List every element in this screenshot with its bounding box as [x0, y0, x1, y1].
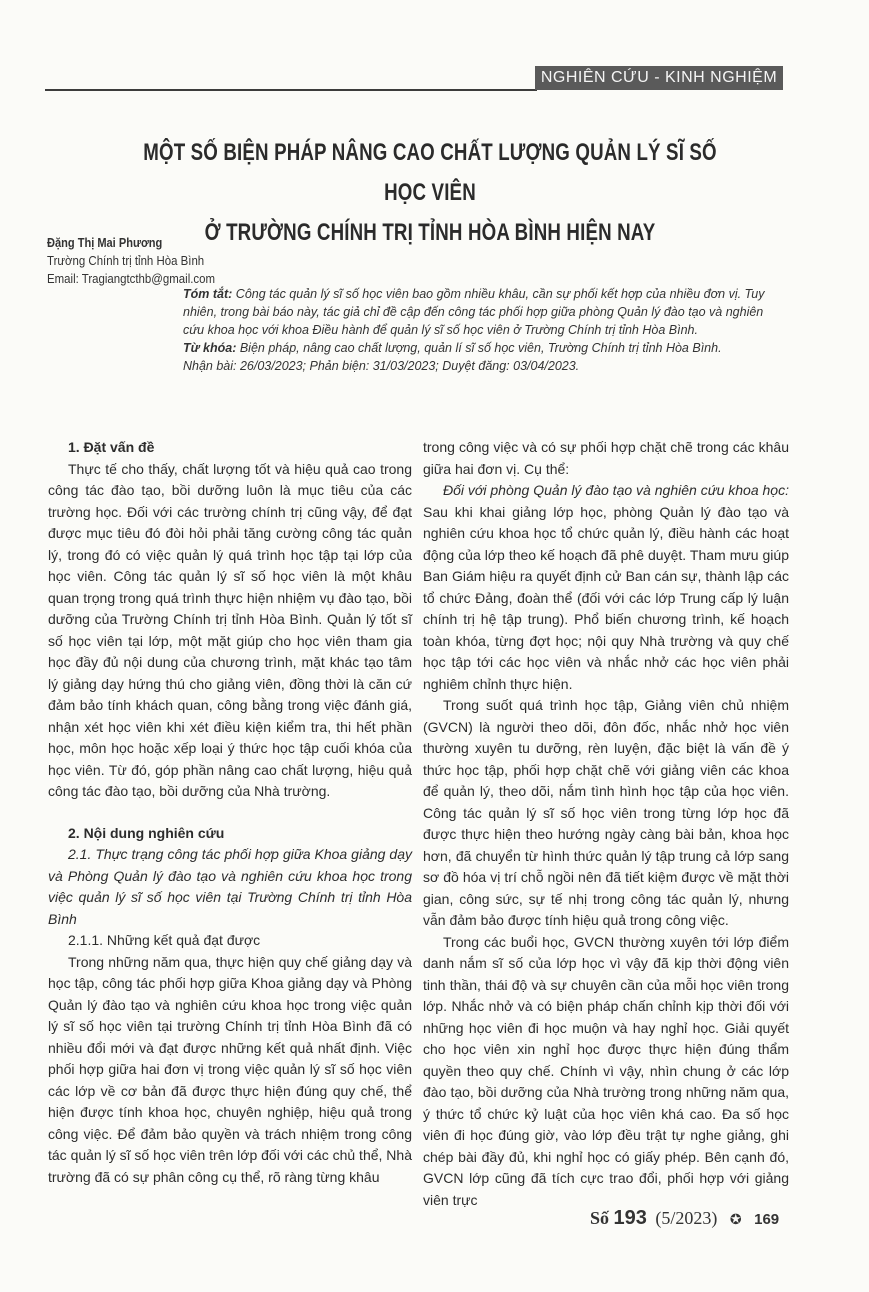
- header-rule: [45, 89, 537, 91]
- abstract-keywords: Từ khóa: Biện pháp, nâng cao chất lượng,…: [183, 339, 783, 357]
- section-2-1-1-paragraph: Trong những năm qua, thực hiện quy chế g…: [48, 952, 412, 1189]
- keywords-label: Từ khóa:: [183, 341, 236, 355]
- office-paragraph: Đối với phòng Quản lý đào tạo và nghiên …: [423, 480, 789, 695]
- issue-date: (5/2023): [655, 1208, 717, 1228]
- title-line-1: MỘT SỐ BIỆN PHÁP NÂNG CAO CHẤT LƯỢNG QUẢ…: [141, 133, 718, 213]
- section-banner: NGHIÊN CỨU - KINH NGHIỆM: [535, 66, 783, 90]
- office-text: Sau khi khai giảng lớp học, phòng Quản l…: [423, 504, 789, 692]
- section-2-1-1-heading: 2.1.1. Những kết quả đạt được: [48, 930, 412, 952]
- issue-prefix: Số: [590, 1208, 614, 1228]
- abstract-summary: Tóm tắt: Công tác quản lý sĩ số học viên…: [183, 285, 783, 339]
- section-1-heading: 1. Đặt vấn đề: [48, 437, 412, 459]
- section-2-1-heading: 2.1. Thực trạng công tác phối hợp giữa K…: [48, 844, 412, 930]
- left-column: 1. Đặt vấn đề Thực tế cho thấy, chất lượ…: [48, 437, 412, 1188]
- abstract-dates: Nhận bài: 26/03/2023; Phản biện: 31/03/2…: [183, 357, 783, 375]
- continued-paragraph: trong công việc và có sự phối hợp chặt c…: [423, 437, 789, 480]
- page-footer: Số 193 (5/2023) ✪ 169: [590, 1207, 779, 1230]
- summary-text: Công tác quản lý sĩ số học viên bao gồm …: [183, 287, 764, 337]
- section-2-heading: 2. Nội dung nghiên cứu: [48, 823, 412, 845]
- section-1-paragraph: Thực tế cho thấy, chất lượng tốt và hiệu…: [48, 459, 412, 803]
- abstract-block: Tóm tắt: Công tác quản lý sĩ số học viên…: [183, 285, 783, 375]
- summary-label: Tóm tắt:: [183, 287, 232, 301]
- keywords-text: Biện pháp, nâng cao chất lượng, quản lí …: [236, 341, 721, 355]
- gvcn-paragraph: Trong suốt quá trình học tập, Giảng viên…: [423, 695, 789, 932]
- separator-star-icon: ✪: [730, 1213, 742, 1228]
- sessions-paragraph: Trong các buổi học, GVCN thường xuyên tớ…: [423, 932, 789, 1212]
- author-block: Đặng Thị Mai Phương Trường Chính trị tỉn…: [47, 234, 238, 288]
- office-label: Đối với phòng Quản lý đào tạo và nghiên …: [443, 482, 789, 498]
- author-name: Đặng Thị Mai Phương: [47, 234, 209, 252]
- page-number: 169: [754, 1211, 779, 1228]
- author-affiliation: Trường Chính trị tỉnh Hòa Bình: [47, 252, 215, 270]
- issue-number: 193: [614, 1207, 647, 1229]
- right-column: trong công việc và có sự phối hợp chặt c…: [423, 437, 789, 1211]
